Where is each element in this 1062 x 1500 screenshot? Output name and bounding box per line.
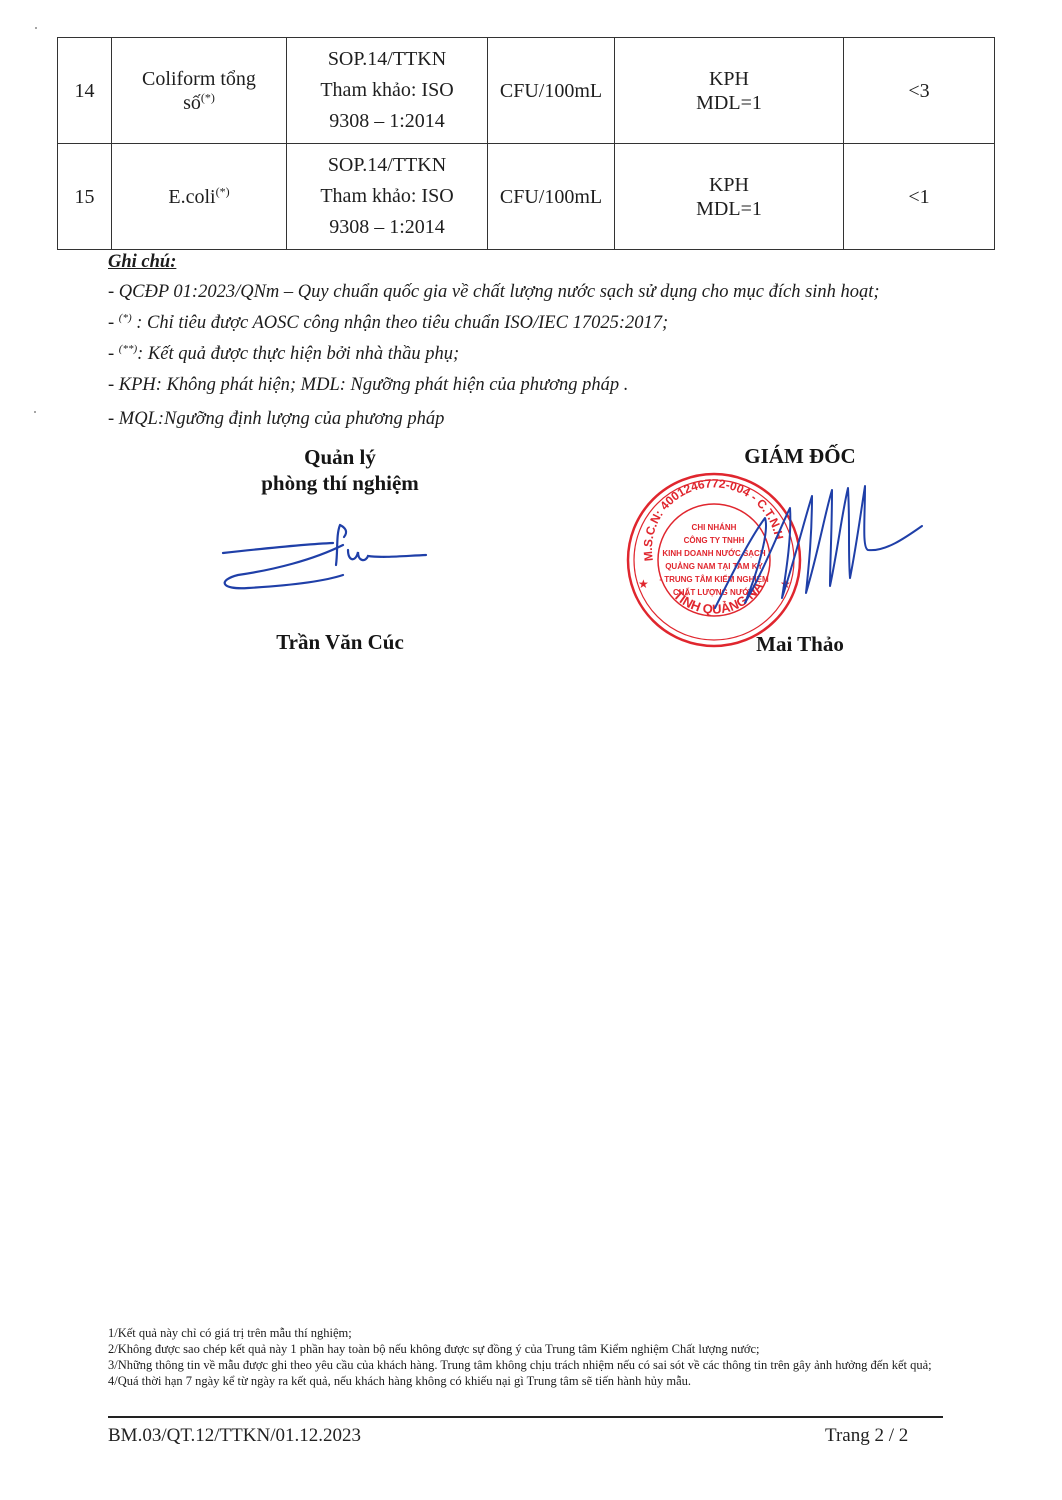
page-number: Trang 2 / 2 bbox=[825, 1425, 908, 1447]
row-number: 14 bbox=[58, 38, 112, 144]
note-standard: - QCĐP 01:2023/QNm – Quy chuẩn quốc gia … bbox=[108, 277, 880, 308]
note-subcontractor: - (**): Kết quả được thực hiện bởi nhà t… bbox=[108, 339, 880, 370]
row-number: 15 bbox=[58, 144, 112, 250]
notes-section: Ghi chú: - QCĐP 01:2023/QNm – Quy chuẩn … bbox=[108, 252, 880, 435]
test-result: KPH MDL=1 bbox=[615, 38, 844, 144]
unit: CFU/100mL bbox=[488, 144, 615, 250]
disclaimer-line: 2/Không được sao chép kết quả này 1 phần… bbox=[108, 1341, 1008, 1357]
notes-title: Ghi chú: bbox=[108, 252, 880, 273]
limit-value: <3 bbox=[844, 38, 995, 144]
footer-divider bbox=[108, 1416, 943, 1418]
svg-text:★: ★ bbox=[638, 577, 649, 591]
test-method: SOP.14/TTKN Tham khảo: ISO 9308 – 1:2014 bbox=[287, 144, 488, 250]
results-table: 14 Coliform tổng số(*) SOP.14/TTKN Tham … bbox=[57, 37, 995, 250]
disclaimer-line: 1/Kết quả này chỉ có giá trị trên mẫu th… bbox=[108, 1325, 1008, 1341]
note-kph-mdl: - KPH: Không phát hiện; MDL: Ngưỡng phát… bbox=[108, 370, 880, 401]
accreditation-mark: (*) bbox=[201, 90, 215, 104]
lab-manager-title: Quản lý phòng thí nghiệm bbox=[220, 444, 460, 496]
form-code: BM.03/QT.12/TTKN/01.12.2023 bbox=[108, 1425, 361, 1447]
director-name: Mai Thảo bbox=[690, 632, 910, 657]
table-row: 14 Coliform tổng số(*) SOP.14/TTKN Tham … bbox=[58, 38, 995, 144]
scan-speck bbox=[34, 411, 36, 413]
note-mql: - MQL:Ngưỡng định lượng của phương pháp bbox=[108, 404, 880, 435]
accreditation-mark: (*) bbox=[216, 184, 230, 198]
limit-value: <1 bbox=[844, 144, 995, 250]
disclaimer-line: 4/Quá thời hạn 7 ngày kể từ ngày ra kết … bbox=[108, 1373, 1008, 1389]
scan-speck bbox=[35, 27, 37, 29]
disclaimer: 1/Kết quả này chỉ có giá trị trên mẫu th… bbox=[108, 1325, 1008, 1389]
table-row: 15 E.coli(*) SOP.14/TTKN Tham khảo: ISO … bbox=[58, 144, 995, 250]
director-title: GIÁM ĐỐC bbox=[690, 444, 910, 469]
lab-manager-signature bbox=[218, 520, 433, 600]
lab-manager-name: Trần Văn Cúc bbox=[220, 630, 460, 655]
test-method: SOP.14/TTKN Tham khảo: ISO 9308 – 1:2014 bbox=[287, 38, 488, 144]
parameter-name: E.coli(*) bbox=[112, 144, 287, 250]
parameter-name: Coliform tổng số(*) bbox=[112, 38, 287, 144]
unit: CFU/100mL bbox=[488, 38, 615, 144]
director-signature bbox=[700, 478, 930, 618]
disclaimer-line: 3/Những thông tin về mẫu được ghi theo y… bbox=[108, 1357, 1008, 1373]
test-result: KPH MDL=1 bbox=[615, 144, 844, 250]
note-accredited: - (*) : Chỉ tiêu được AOSC công nhận the… bbox=[108, 308, 880, 339]
